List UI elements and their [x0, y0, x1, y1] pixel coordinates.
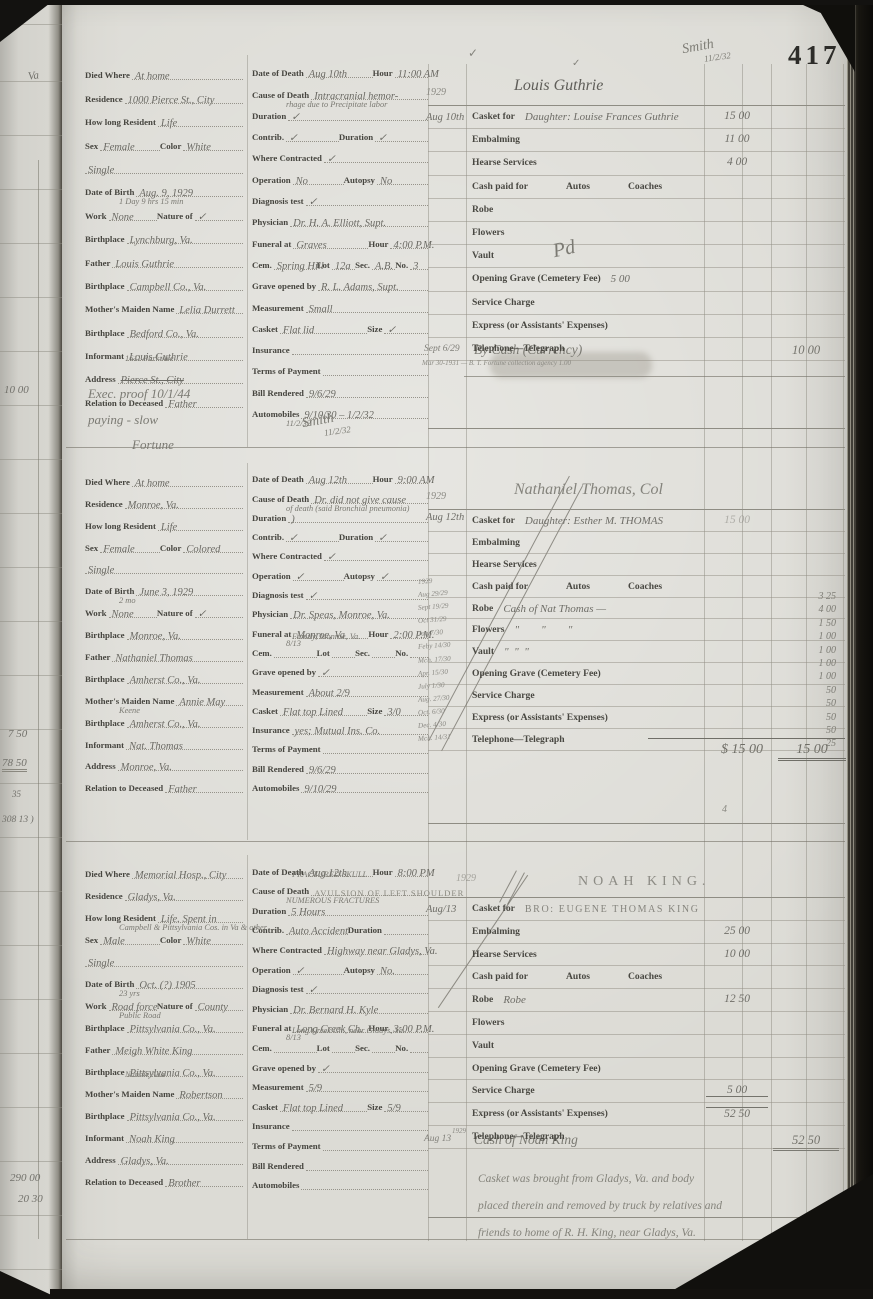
field-label: Date of Death — [252, 474, 306, 484]
ledger-page: 417 Smith 11/2/32 Smith 11/2/32 ✓ ✓ 4 Ex… — [62, 0, 848, 1299]
field-line: 9/10/30 – 1/2/32 — [301, 397, 428, 419]
charge-amount: 4 00 — [706, 156, 768, 168]
field-row: Contrib.✓Duration✓ — [252, 523, 428, 542]
field-line: At home — [132, 56, 243, 80]
ledger-item-label: Robe — [472, 994, 493, 1005]
personal-fields-column: Died WhereAt homeResidence1000 Pierce St… — [85, 57, 243, 408]
field-row: Date of BirthJune 3, 19292 mo — [85, 574, 243, 596]
ledger-row: Hearse Services10 00 — [428, 944, 845, 967]
field-row: Where Contracted✓ — [252, 142, 428, 163]
field-row: PhysicianDr. H. A. Elliott, Supt. — [252, 206, 428, 227]
ledger-header: 1929 NOAH KING. — [428, 867, 845, 897]
field-line — [306, 1150, 428, 1171]
field-line: Noah King — [126, 1120, 243, 1143]
field-row: Relation to DeceasedFather — [85, 384, 243, 407]
field-line: Memorial Hosp., City — [132, 856, 243, 879]
field-row: Terms of Payment — [252, 735, 428, 754]
ledger-item-label: Hearse Services — [472, 949, 537, 960]
field-line: ✓ — [293, 954, 344, 975]
scan-edge-top — [46, 0, 873, 5]
ledger-row: Embalming25 00 — [428, 921, 845, 944]
field-line: 9:00 AM — [395, 464, 428, 484]
ledger-footnote: Casket was brought from Gladys, Va. and … — [478, 1166, 722, 1247]
ledger-row: Express (or Assistants' Expenses)52 50 — [428, 1103, 845, 1126]
field-line: yes; Mutual Ins. Co. — [292, 715, 428, 735]
ledger-item-label: Opening Grave (Cemetery Fee) — [472, 1063, 601, 1074]
field-row: Single — [85, 553, 243, 575]
ledger-row-value: BRO: EUGENE THOMAS KING — [525, 904, 700, 915]
ledger-item-label: Casket for — [472, 903, 515, 914]
field-line: Flat lid — [280, 312, 367, 334]
field-note: 23 yrs — [119, 989, 140, 998]
ledger-row: Opening Grave (Cemetery Fee) — [428, 1058, 845, 1081]
field-line: Aug. 9, 1929 — [136, 173, 243, 197]
account-name: Nathaniel Thomas, Col — [514, 481, 663, 499]
field-row: Automobiles9/10/29 — [252, 774, 428, 793]
field-note: 1 Day 9 hrs 15 min — [119, 197, 183, 206]
field-row: FatherNathaniel Thomas — [85, 640, 243, 662]
charge-amount: 15 00 — [706, 110, 768, 122]
field-label: Bill Rendered — [252, 1161, 306, 1171]
field-label: Casket — [252, 324, 280, 334]
death-fields-column: Date of DeathAug 12thHour9:00 AMCause of… — [252, 465, 428, 793]
field-note: NUMEROUS FRACTURES — [286, 896, 379, 905]
death-fields-column: Date of DeathAug 12thHour8:00 PMCause of… — [252, 857, 428, 1190]
field-label: Birthplace — [85, 328, 127, 338]
field-row: InformantNoah King — [85, 1121, 243, 1143]
field-label: Duration — [252, 111, 288, 121]
field-line: Dr. H. A. Elliott, Supt. — [290, 205, 428, 227]
field-row: Grave opened byR. L. Adams, Supt. — [252, 270, 428, 291]
field-note: Public Road — [119, 1011, 161, 1020]
column-divider — [247, 855, 248, 1239]
field-line: ✓ — [195, 196, 243, 220]
field-line: Life — [158, 508, 243, 531]
field-line: ✓ — [306, 580, 428, 600]
field-row: Mother's Maiden NameRobertsonNannie Ada — [85, 1077, 243, 1099]
field-row: Operation✓Autopsy✓ — [252, 561, 428, 580]
field-row: Date of DeathAug 10thHour11:00 AM — [252, 57, 428, 78]
ledger-row: Casket forBRO: EUGENE THOMAS KING — [428, 898, 845, 921]
ledger-row: Casket forDaughter: Esther M. THOMAS15 0… — [428, 510, 845, 532]
ledger-item-label: Hearse Services — [472, 157, 537, 168]
field-row: Grave opened by✓ — [252, 658, 428, 677]
ledger-item-label: Service Charge — [472, 297, 535, 308]
ledger-row: VaultPd — [428, 245, 845, 268]
field-line: Brother — [165, 1164, 243, 1187]
field-line: Monroe, Va. — [127, 617, 243, 640]
ledger-year: 1929 — [456, 873, 476, 884]
ledger-row: Hearse Services4 00 — [428, 152, 845, 175]
ledger-row: Hearse Services — [428, 554, 845, 576]
ledger-row: Flowers — [428, 222, 845, 245]
ledger-item-label: Autos — [566, 581, 590, 592]
edge-partial-value: 308 13 ) — [2, 815, 34, 825]
field-line: At home — [132, 464, 243, 487]
scan-edge-bottom — [50, 1289, 873, 1299]
ledger-item-label: Robe — [472, 204, 493, 215]
charge-amount: 25 00 — [706, 925, 768, 937]
field-line — [292, 333, 428, 355]
field-line: Nat. Thomas — [126, 727, 243, 750]
field-row: AddressGladys, Va. — [85, 1143, 243, 1165]
column-divider — [247, 463, 248, 840]
field-line: 9/10/29 — [301, 773, 428, 793]
adjacent-page-partial-values: Va10 007 5078 5035308 13 )290 0020 30 — [0, 0, 62, 1299]
field-row: Cem.Spring HillLot12aSec.A.B.No.3 — [252, 249, 428, 270]
field-row: Died WhereAt home — [85, 57, 243, 80]
field-label: Date of Death — [252, 68, 306, 78]
book-binding-edge — [847, 0, 873, 1299]
field-line: Gladys, Va. — [118, 1142, 243, 1165]
ledger-row: Flowers" " " — [428, 619, 845, 641]
ledger-year: 1929 — [426, 491, 446, 502]
field-row: ResidenceGladys, Va. — [85, 879, 243, 901]
charges-ledger: 1929 Louis Guthrie Aug 10th Sept 6/29 By… — [428, 75, 845, 429]
field-note-above: FRACTURED SKULL — [292, 870, 367, 879]
field-line: Auto Accident — [286, 915, 348, 936]
ledger-row: Opening Grave (Cemetery Fee)5 00 — [428, 268, 845, 291]
field-line: Life. Spent in — [158, 900, 243, 923]
field-row: BirthplaceMonroe, Va. — [85, 618, 243, 640]
ledger-row: Cash paid forAutosCoaches — [428, 176, 845, 199]
field-line: Amherst Co., Va. — [127, 661, 243, 684]
ledger-item-label: Express (or Assistants' Expenses) — [472, 1108, 608, 1119]
field-line: Campbell Co., Va. — [127, 267, 243, 291]
field-line: Intracranial hemor- — [311, 77, 428, 99]
field-line: Nathaniel Thomas — [112, 639, 243, 662]
charges-ledger: 1929 Nathaniel Thomas, Col Aug 12th 1929… — [428, 479, 845, 824]
field-row: Mother's Maiden NameLelia Durrett — [85, 291, 243, 314]
ledger-row-value: Daughter: Louise Frances Guthrie — [525, 111, 679, 123]
field-line: Pierce St., City — [118, 360, 243, 384]
ledger-row-value: " " " — [504, 646, 529, 658]
field-line: Female — [100, 530, 160, 553]
ledger-item-label: Opening Grave (Cemetery Fee) — [472, 668, 601, 679]
field-line — [372, 1032, 395, 1053]
adjacent-page-edge: Va10 007 5078 5035308 13 )290 0020 30 — [0, 0, 62, 1299]
field-row: Residence1000 Pierce St., City — [85, 80, 243, 103]
ledger-body: Aug 12th 1929Aug 29/29Sept 19/29Oct 31/2… — [428, 509, 845, 824]
field-label: Relation to Deceased — [85, 783, 165, 793]
field-row: BirthplaceCampbell Co., Va. — [85, 268, 243, 291]
ledger-item-label: Express (or Assistants' Expenses) — [472, 712, 608, 723]
ledger-row: Embalming — [428, 532, 845, 554]
ledger-row: RobeRobe12 50 — [428, 989, 845, 1012]
field-row: BirthplacePittsylvania Co., Va. — [85, 1099, 243, 1121]
field-value: 9/10/30 – 1/2/32 — [304, 410, 373, 421]
field-label: Physician — [252, 1004, 290, 1014]
edge-partial-value: 78 50 — [2, 757, 27, 772]
field-line — [332, 638, 355, 658]
field-label: Duration — [252, 906, 288, 916]
field-line: Bedford Co., Va. — [127, 313, 243, 337]
field-line: ✓ — [324, 541, 428, 561]
field-line — [301, 1170, 428, 1191]
field-line: 11:00 AM — [395, 56, 428, 78]
field-line: 9/6/29 — [306, 753, 428, 773]
field-label: Automobiles — [252, 1180, 301, 1190]
field-line: Single — [85, 944, 243, 967]
field-note-above: Family, Monroe, Va. — [292, 632, 360, 641]
field-line: Colored — [183, 530, 243, 553]
field-line: Flat top Lined — [280, 1091, 367, 1112]
field-label: Relation to Deceased — [85, 1177, 165, 1187]
field-label: Birthplace — [85, 1067, 127, 1077]
field-line: Louis Guthrie — [112, 243, 243, 267]
ledger-row: Service Charge — [428, 685, 845, 707]
edge-partial-value: Va — [27, 69, 40, 82]
field-label: Bill Rendered — [252, 764, 306, 774]
field-line: Graves — [293, 226, 368, 248]
field-label: Address — [85, 1155, 118, 1165]
field-label: Casket — [252, 706, 280, 716]
field-row: BirthplaceLynchburg, Va. — [85, 221, 243, 244]
field-row: WorkRoad forceNature ofCountyPublic Road — [85, 989, 243, 1011]
field-row: CasketFlat top LinedSize5/9 — [252, 1092, 428, 1112]
field-line — [410, 1032, 428, 1053]
field-row: Automobiles9/10/30 – 1/2/3211/2/32 — [252, 398, 428, 419]
field-line: June 3, 1929 — [136, 573, 243, 596]
field-line: ✓ — [384, 312, 428, 334]
ledger-item-label: Hearse Services — [472, 559, 537, 570]
field-line — [323, 734, 428, 754]
ledger-item-label: Cash paid for — [472, 971, 528, 982]
field-row: Insuranceyes; Mutual Ins. Co. — [252, 716, 428, 735]
field-line — [323, 1130, 428, 1151]
field-label: Insurance — [252, 725, 292, 735]
field-line: ✓ — [293, 560, 344, 580]
ledger-row: Service Charge — [428, 292, 845, 315]
burial-record: Died WhereAt homeResidenceMonroe, Va.How… — [62, 463, 845, 840]
field-row: Insurance — [252, 334, 428, 355]
field-label: Automobiles — [252, 783, 301, 793]
ledger-row: Robe — [428, 199, 845, 222]
field-row: Operation✓AutopsyNo. — [252, 955, 428, 975]
ledger-row: Vault" " " — [428, 641, 845, 663]
field-line: A.B. — [372, 248, 395, 270]
field-row: Mother's Maiden NameAnnie MayKeene — [85, 684, 243, 706]
field-row: FatherMeigh White King — [85, 1033, 243, 1055]
field-line: Father — [165, 770, 243, 793]
ledger-row-value: " " " — [515, 624, 573, 636]
ledger-item-label: Embalming — [472, 537, 520, 548]
ledger-row: Embalming11 00 — [428, 129, 845, 152]
ledger-body: Aug/13 Aug 13 1929 Cash of Noah King 52 … — [428, 897, 845, 1218]
field-row: Funeral atGravesHour4:00 P.M. — [252, 227, 428, 248]
ledger-item-label: Service Charge — [472, 1085, 535, 1096]
field-line: Meigh White King — [112, 1032, 243, 1055]
ledger-item-label: Vault — [472, 646, 494, 657]
field-row: Date of DeathAug 12thHour9:00 AM — [252, 465, 428, 484]
field-value: 9/10/29 — [304, 784, 336, 795]
charge-amount: 11 00 — [706, 133, 768, 145]
field-row: CasketFlat lidSize✓ — [252, 313, 428, 334]
field-row: FatherLouis Guthrie — [85, 244, 243, 267]
field-line: ✓ — [375, 120, 428, 142]
field-label: Insurance — [252, 1121, 292, 1131]
field-line: Single — [85, 552, 243, 575]
ledger-item-label: Flowers — [472, 624, 505, 635]
field-note: Campbell & Pittsylvania Cos. in Va & oth… — [119, 923, 267, 932]
ledger-header: 1929 Louis Guthrie — [428, 75, 845, 105]
field-line: No — [377, 162, 428, 184]
ledger-row-value: 5 00 — [611, 273, 630, 285]
ledger-item-label: Cash paid for — [472, 581, 528, 592]
field-line: ✓ — [306, 184, 428, 206]
field-line: Lynchburg, Va. — [127, 220, 243, 244]
field-label: Residence — [85, 891, 125, 901]
field-line: Highway near Gladys, Va. — [324, 934, 428, 955]
field-label: Address — [85, 374, 118, 384]
field-line: Amherst Co., Va. — [127, 705, 243, 728]
field-row: Terms of Payment — [252, 1131, 428, 1151]
ledger-row: Express (or Assistants' Expenses) — [428, 315, 845, 338]
field-label: Automobiles — [252, 409, 301, 419]
field-line: Pittsylvania Co., Va. — [127, 1098, 243, 1121]
record-separator-line — [66, 1239, 845, 1240]
field-line: Aug 10th — [306, 56, 373, 78]
ledger-row: Telephone—Telegraph — [428, 338, 845, 361]
ledger-row: Express (or Assistants' Expenses) — [428, 707, 845, 729]
charge-amount: 52 50 — [706, 1107, 768, 1120]
field-label: Address — [85, 761, 118, 771]
field-line: R. L. Adams, Supt. — [318, 269, 428, 291]
field-line: County — [195, 988, 243, 1011]
charge-amount: 5 00 — [706, 1084, 768, 1097]
field-line — [332, 1032, 355, 1053]
burial-record: Died WhereMemorial Hosp., CityResidenceG… — [62, 855, 845, 1239]
field-line: Female — [100, 126, 160, 150]
field-label: Birthplace — [85, 1111, 127, 1121]
burial-record: Died WhereAt homeResidence1000 Pierce St… — [62, 55, 845, 447]
account-name: Louis Guthrie — [514, 77, 603, 95]
ledger-row: Casket forDaughter: Louise Frances Guthr… — [428, 106, 845, 129]
field-row: MeasurementAbout 2/9 — [252, 677, 428, 696]
footnote-line: friends to home of R. H. King, near Glad… — [478, 1220, 722, 1247]
field-line: Monroe, Va. — [125, 486, 243, 509]
field-line: 12a — [332, 248, 355, 270]
field-label: Father — [85, 652, 112, 662]
ledger-row: RobeCash of Nat Thomas — — [428, 598, 845, 620]
field-label: Duration — [252, 513, 288, 523]
ledger-item-label: Autos — [566, 181, 590, 192]
record-separator-line — [66, 841, 845, 842]
ledger-item-label: Cash paid for — [472, 181, 528, 192]
ledger-item-label: Service Charge — [472, 690, 535, 701]
ledger-row: Cash paid forAutosCoaches — [428, 966, 845, 989]
field-row: Cause of DeathIntracranial hemor-rhage d… — [252, 78, 428, 99]
field-row: Single — [85, 945, 243, 967]
field-line: Dr. did not give cause — [311, 483, 428, 503]
ledger-item-label: Flowers — [472, 227, 505, 238]
field-row: Grave opened by✓ — [252, 1053, 428, 1073]
field-row: PhysicianDr. Speas, Monroe, Va. — [252, 600, 428, 619]
ledger-item-label: Coaches — [628, 581, 662, 592]
field-row: Diagnosis test✓ — [252, 975, 428, 995]
field-row: Cem.LotSec.No.Family, Monroe, Va. — [252, 639, 428, 658]
field-row: Cause of DeathDr. did not give causeof d… — [252, 484, 428, 503]
ledger-row: Telephone—Telegraph — [428, 1126, 845, 1149]
field-row: Diagnosis test✓ — [252, 581, 428, 600]
field-row: InformantNat. Thomas — [85, 728, 243, 750]
field-row: Bill Rendered9/6/29 — [252, 376, 428, 397]
field-row: Where Contracted✓ — [252, 542, 428, 561]
ledger-row: Telephone—Telegraph — [428, 729, 845, 751]
field-row: Relation to DeceasedBrother — [85, 1165, 243, 1187]
field-label: Insurance — [252, 345, 292, 355]
field-value: Brother — [168, 1178, 200, 1189]
ledger-item-label: Telephone—Telegraph — [472, 1131, 565, 1142]
field-note-above: 1611 Park Ave — [125, 354, 174, 363]
edge-partial-value: 290 00 — [10, 1172, 40, 1184]
field-line: About 2/9 — [306, 676, 428, 696]
field-line: 5/9 — [306, 1072, 428, 1093]
ledger-item-label: Embalming — [472, 926, 520, 937]
field-line: 1000 Pierce St., City — [125, 79, 243, 103]
ledger-item-label: Vault — [472, 1040, 494, 1051]
field-row: Contrib.✓Duration✓ — [252, 121, 428, 142]
field-row: Automobiles — [252, 1171, 428, 1191]
death-fields-column: Date of DeathAug 10thHour11:00 AMCause o… — [252, 57, 428, 419]
field-row: Insurance — [252, 1112, 428, 1132]
ledger-item-label: Vault — [472, 250, 494, 261]
field-row: Contrib.Auto AccidentDuration — [252, 916, 428, 936]
ledger-item-label: Robe — [472, 603, 493, 614]
field-line: Robertson — [176, 1076, 243, 1099]
field-line: Small — [306, 290, 428, 312]
field-line: Dr. Bernard H. Kyle — [290, 993, 428, 1014]
scanned-ledger-page: Va10 007 5078 5035308 13 )290 0020 30 41… — [0, 0, 873, 1299]
field-label: Residence — [85, 94, 125, 104]
field-label: Physician — [252, 609, 290, 619]
field-row: BirthplaceAmherst Co., Va. — [85, 706, 243, 728]
field-line: 3 — [410, 248, 428, 270]
edge-partial-value: 35 — [12, 789, 21, 799]
field-row: PhysicianDr. Bernard H. Kyle — [252, 994, 428, 1014]
ledger-year: 1929 — [426, 87, 446, 98]
field-label: Cem. — [252, 260, 274, 270]
footnote-line: Casket was brought from Gladys, Va. and … — [478, 1166, 722, 1193]
field-line: 4:00 P.M. — [390, 226, 428, 248]
field-line: Lelia Durrett — [176, 290, 243, 314]
ledger-row-value: Robe — [503, 994, 526, 1006]
field-label: Cem. — [252, 1043, 274, 1053]
field-row: WorkNoneNature of✓ — [85, 596, 243, 618]
field-line — [323, 354, 428, 376]
field-row: Relation to DeceasedFather — [85, 771, 243, 793]
account-name: NOAH KING. — [578, 874, 710, 890]
field-label: Birthplace — [85, 674, 127, 684]
field-line: No. — [377, 954, 428, 975]
field-line: 8:00 PM — [395, 856, 428, 877]
field-label: Father — [85, 1045, 112, 1055]
personal-fields-column: Died WhereMemorial Hosp., CityResidenceG… — [85, 857, 243, 1187]
ledger-item-label: Coaches — [628, 971, 662, 982]
field-row: Died WhereAt home — [85, 465, 243, 487]
ledger-item-label: Flowers — [472, 1017, 505, 1028]
field-line: Oct. (?) 1905 — [136, 966, 243, 989]
field-label: Birthplace — [85, 718, 127, 728]
field-line: No — [293, 162, 344, 184]
field-label: Operation — [252, 571, 293, 581]
ledger-row: Flowers — [428, 1012, 845, 1035]
record-separator-line — [66, 447, 845, 448]
field-label: Operation — [252, 965, 293, 975]
field-line: ✓ — [195, 595, 243, 618]
field-note-above: Nannie Ada — [125, 1070, 165, 1079]
ledger-row: Vault — [428, 1035, 845, 1058]
